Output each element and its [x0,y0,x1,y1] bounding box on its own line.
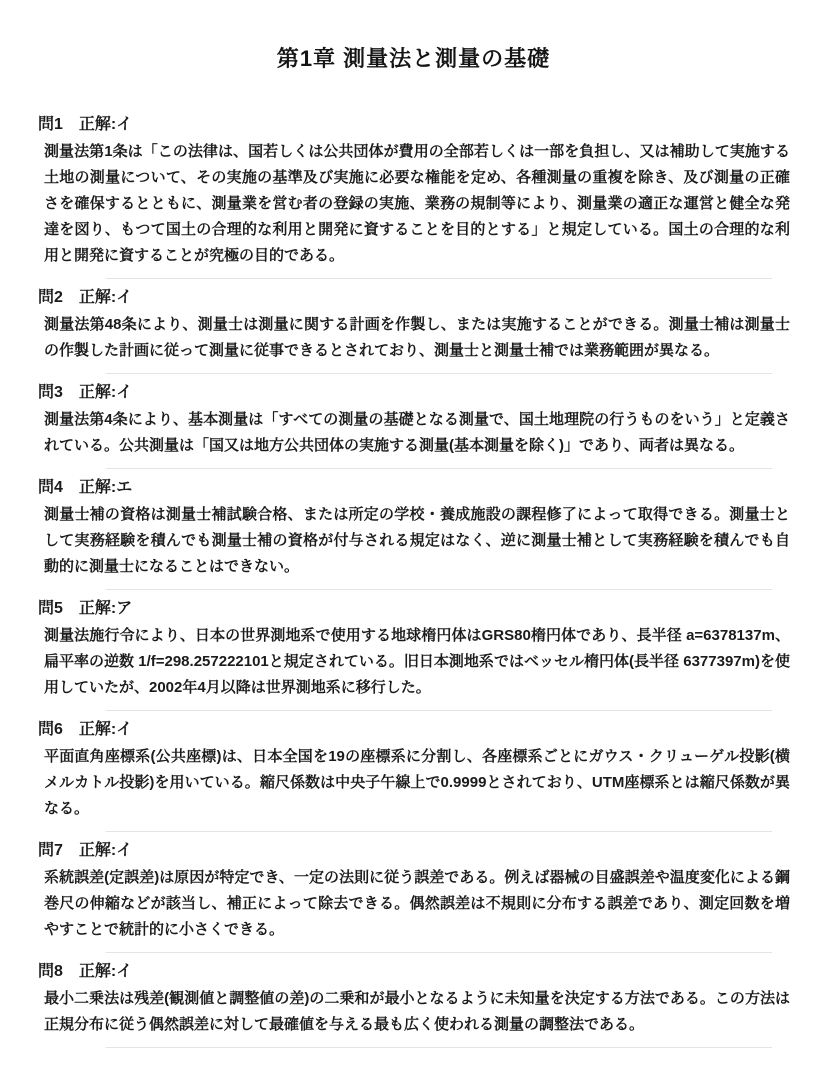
question-number: 問7 [38,842,63,859]
qa-section-5: 問5正解:ア 測量法施行令により、日本の世界測地系で使用する地球楕円体はGRS8… [38,600,790,711]
question-heading: 問8正解:イ [38,963,790,981]
correct-answer: 正解:イ [79,116,132,133]
question-heading: 問6正解:イ [38,721,790,739]
explanation-text: 系統誤差(定誤差)は原因が特定でき、一定の法則に従う誤差である。例えば器械の目盛… [44,865,790,943]
question-number: 問8 [38,963,63,980]
document-content: 問1正解:イ 測量法第1条は「この法律は、国若しくは公共団体が費用の全部若しくは… [0,74,827,1048]
qa-section-3: 問3正解:イ 測量法第4条により、基本測量は「すべての測量の基礎となる測量で、国… [38,384,790,469]
question-number: 問3 [38,384,63,401]
section-divider [106,710,772,711]
qa-section-2: 問2正解:イ 測量法第48条により、測量士は測量に関する計画を作製し、または実施… [38,289,790,374]
question-number: 問1 [38,116,63,133]
section-divider [106,278,772,279]
question-heading: 問5正解:ア [38,600,790,618]
explanation-text: 最小二乗法は残差(観測値と調整値の差)の二乗和が最小となるように未知量を決定する… [44,986,790,1038]
qa-section-7: 問7正解:イ 系統誤差(定誤差)は原因が特定でき、一定の法則に従う誤差である。例… [38,842,790,953]
correct-answer: 正解:イ [79,384,132,401]
correct-answer: 正解:ア [79,600,132,617]
correct-answer: 正解:イ [79,963,132,980]
explanation-text: 平面直角座標系(公共座標)は、日本全国を19の座標系に分割し、各座標系ごとにガウ… [44,744,790,822]
correct-answer: 正解:イ [79,289,132,306]
section-divider [106,1047,772,1048]
question-heading: 問2正解:イ [38,289,790,307]
explanation-text: 測量法第4条により、基本測量は「すべての測量の基礎となる測量で、国土地理院の行う… [44,407,790,459]
section-divider [106,589,772,590]
qa-section-1: 問1正解:イ 測量法第1条は「この法律は、国若しくは公共団体が費用の全部若しくは… [38,116,790,279]
explanation-text: 測量士補の資格は測量士補試験合格、または所定の学校・養成施設の課程修了によって取… [44,502,790,580]
question-heading: 問7正解:イ [38,842,790,860]
document-page: 第1章 測量法と測量の基礎 問1正解:イ 測量法第1条は「この法律は、国若しくは… [0,0,827,1080]
qa-section-8: 問8正解:イ 最小二乗法は残差(観測値と調整値の差)の二乗和が最小となるように未… [38,963,790,1048]
question-heading: 問1正解:イ [38,116,790,134]
question-number: 問4 [38,479,63,496]
question-heading: 問4正解:エ [38,479,790,497]
question-number: 問5 [38,600,63,617]
section-divider [106,952,772,953]
question-number: 問2 [38,289,63,306]
explanation-text: 測量法第48条により、測量士は測量に関する計画を作製し、または実施することができ… [44,312,790,364]
section-divider [106,373,772,374]
correct-answer: 正解:イ [79,721,132,738]
section-divider [106,831,772,832]
explanation-text: 測量法第1条は「この法律は、国若しくは公共団体が費用の全部若しくは一部を負担し、… [44,139,790,269]
explanation-text: 測量法施行令により、日本の世界測地系で使用する地球楕円体はGRS80楕円体であり… [44,623,790,701]
qa-section-4: 問4正解:エ 測量士補の資格は測量士補試験合格、または所定の学校・養成施設の課程… [38,479,790,590]
qa-section-6: 問6正解:イ 平面直角座標系(公共座標)は、日本全国を19の座標系に分割し、各座… [38,721,790,832]
question-heading: 問3正解:イ [38,384,790,402]
section-divider [106,468,772,469]
correct-answer: 正解:エ [79,479,132,496]
page-title: 第1章 測量法と測量の基礎 [0,0,827,74]
correct-answer: 正解:イ [79,842,132,859]
question-number: 問6 [38,721,63,738]
